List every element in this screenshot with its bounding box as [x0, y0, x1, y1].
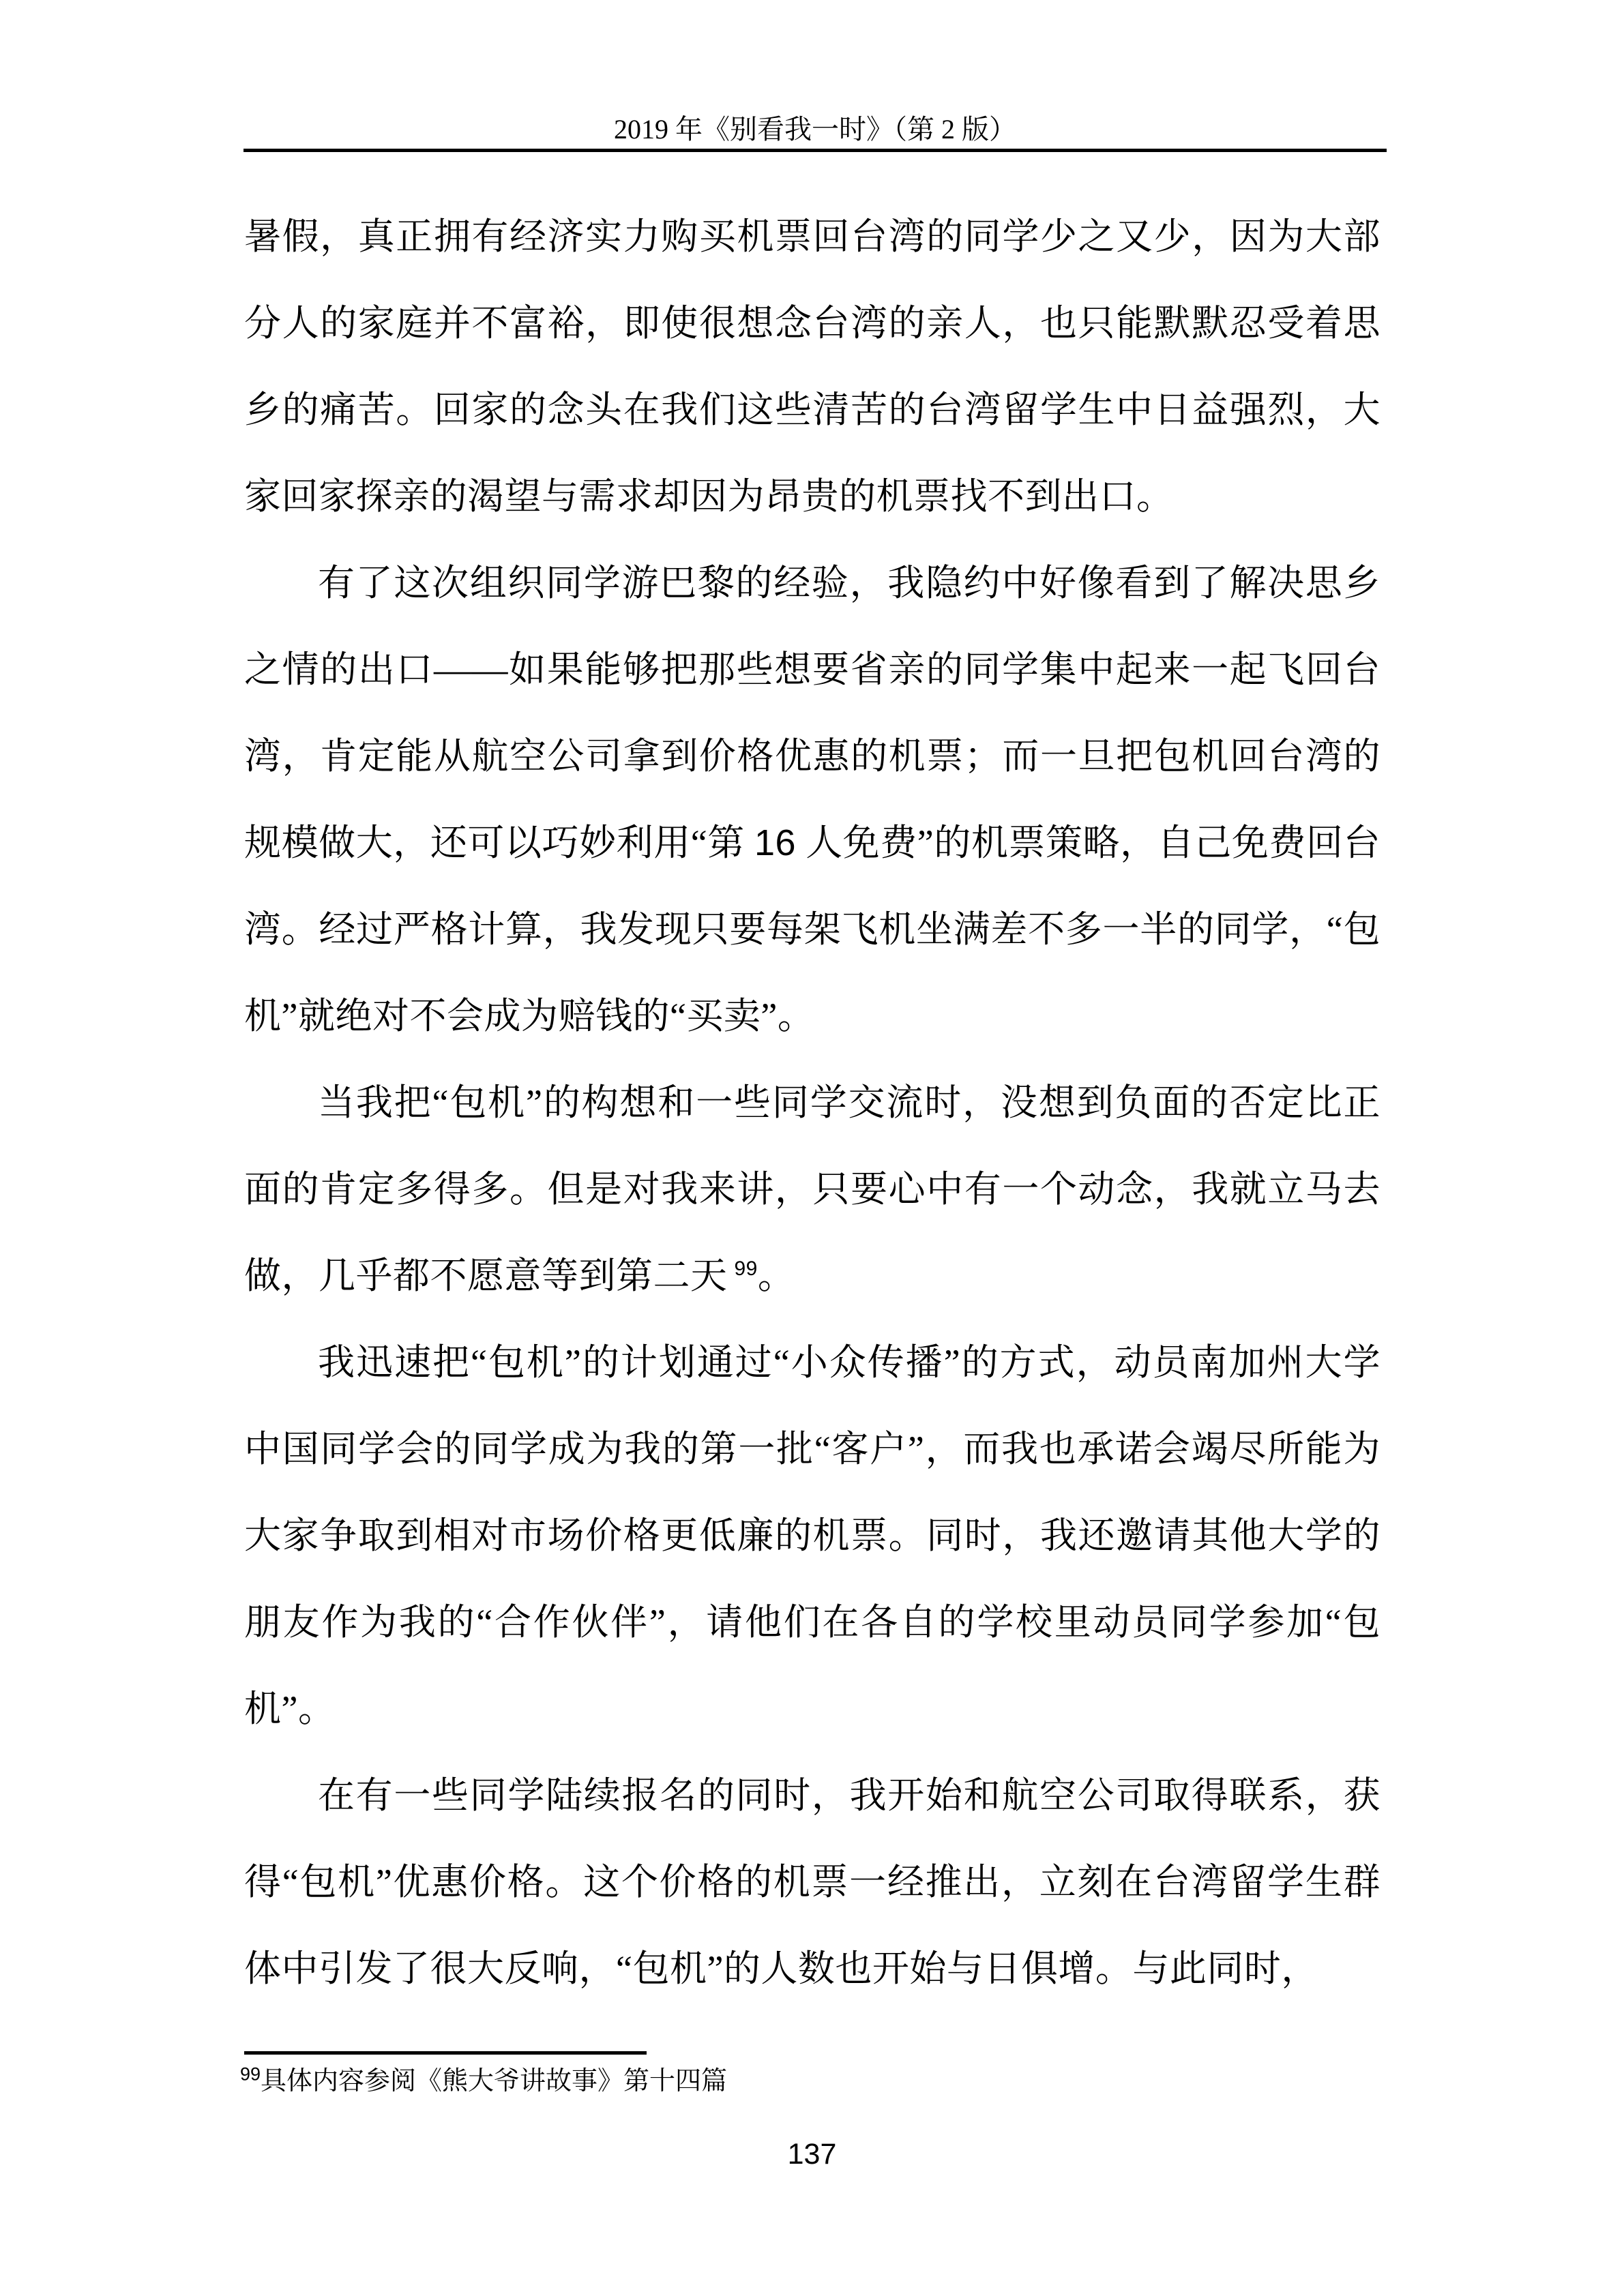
footnote-marker-99: 99	[240, 2063, 261, 2084]
paragraph-3-text-after: 。	[758, 1255, 795, 1296]
paragraph-3: 当我把“包机”的构想和一些同学交流时，没想到负面的否定比正面的肯定多得多。但是对…	[244, 1060, 1381, 1320]
footnote: 99具体内容参阅《熊大爷讲故事》第十四篇	[240, 2065, 1386, 2098]
paragraph-4: 我迅速把“包机”的计划通过“小众传播”的方式，动员南加州大学中国同学会的同学成为…	[244, 1320, 1381, 1753]
body-text: 暑假，真正拥有经济实力购买机票回台湾的同学少之又少，因为大部分人的家庭并不富裕，…	[244, 194, 1381, 2012]
paragraph-5: 在有一些同学陆续报名的同时，我开始和航空公司取得联系，获得“包机”优惠价格。这个…	[244, 1753, 1381, 2012]
paragraph-1: 暑假，真正拥有经济实力购买机票回台湾的同学少之又少，因为大部分人的家庭并不富裕，…	[244, 194, 1381, 540]
footnote-separator-rule	[244, 2051, 647, 2055]
paragraph-3-text: 当我把“包机”的构想和一些同学交流时，没想到负面的否定比正面的肯定多得多。但是对…	[244, 1082, 1381, 1296]
footnote-ref-99: 99	[735, 1257, 758, 1280]
header-rule	[243, 149, 1387, 152]
page-number: 137	[0, 2140, 1624, 2169]
paragraph-2: 有了这次组织同学游巴黎的经验，我隐约中好像看到了解决思乡之情的出口——如果能够把…	[244, 540, 1381, 1060]
document-page: 2019 年《别看我一时》（第 2 版） 暑假，真正拥有经济实力购买机票回台湾的…	[0, 0, 1624, 2296]
running-header-title: 2019 年《别看我一时》（第 2 版）	[243, 115, 1387, 145]
paragraph-2-text-start: 有了这次组织同学游巴黎的经验，我隐约中好像看到了解决思乡之情的出口——如果能够把…	[244, 563, 1381, 863]
footnote-text: 具体内容参阅《熊大爷讲故事》第十四篇	[261, 2067, 727, 2096]
paragraph-2-number: 16	[754, 822, 796, 863]
